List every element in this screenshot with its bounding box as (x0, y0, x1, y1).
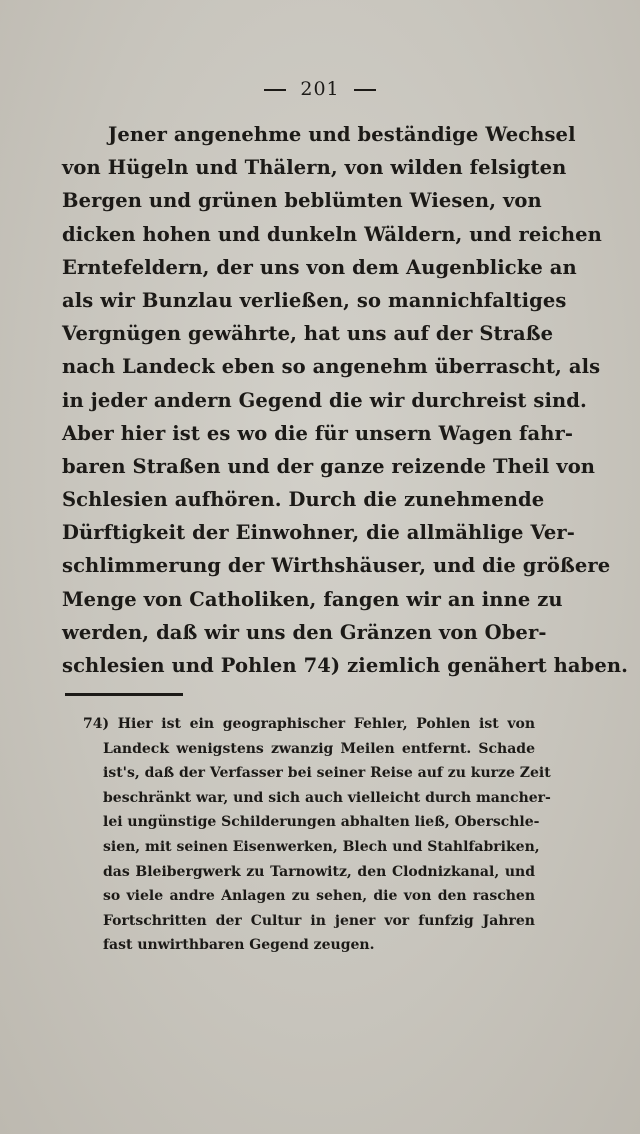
header-dash-left (264, 89, 286, 91)
footnote-line: lei ungünstige Schilderungen abhalten li… (85, 810, 535, 835)
footnote-line: Landeck wenigstens zwanzig Meilen entfer… (85, 737, 535, 762)
text-line: Aber hier ist es wo die für unsern Wagen… (62, 417, 538, 450)
text-line: dicken hohen und dunkeln Wäldern, und re… (62, 218, 538, 251)
text-line: schlimmerung der Wirthshäuser, und die g… (62, 549, 538, 582)
footnote-line: ist's, daß der Verfasser bei seiner Reis… (85, 761, 535, 786)
footnote-line: so viele andre Anlagen zu sehen, die von… (85, 884, 535, 909)
text-line: Menge von Catholiken, fangen wir an inne… (62, 583, 538, 616)
page-header: 201 (0, 78, 640, 100)
page-number: 201 (300, 78, 339, 100)
text-line: nach Landeck eben so angenehm überrascht… (62, 350, 538, 383)
footnote-line: sien, mit seinen Eisenwerken, Blech und … (85, 835, 535, 860)
header-dash-right (354, 89, 376, 91)
text-line: Erntefeldern, der uns von dem Augenblick… (62, 251, 538, 284)
footnote-separator (65, 693, 183, 696)
text-line: Vergnügen gewährte, hat uns auf der Stra… (62, 317, 538, 350)
text-line: Dürftigkeit der Einwohner, die allmählig… (62, 516, 538, 549)
footnote-line: 74) Hier ist ein geographischer Fehler, … (83, 712, 535, 737)
text-line: von Hügeln und Thälern, von wilden felsi… (62, 151, 538, 184)
text-line: als wir Bunzlau verließen, so mannichfal… (62, 284, 538, 317)
footnote-line: beschränkt war, und sich auch vielleicht… (85, 786, 535, 811)
text-line: werden, daß wir uns den Gränzen von Ober… (62, 616, 538, 649)
text-line: Bergen und grünen beblümten Wiesen, von (62, 184, 538, 217)
text-line: schlesien und Pohlen 74) ziemlich genähe… (62, 649, 538, 682)
text-line: baren Straßen und der ganze reizende The… (62, 450, 538, 483)
text-line: Schlesien aufhören. Durch die zunehmende (62, 483, 538, 516)
footnote-marker: 74) (83, 716, 109, 732)
main-text: Jener angenehme und beständige Wechsel v… (62, 118, 538, 682)
footnote-line: Fortschritten der Cultur in jener vor fu… (85, 909, 535, 934)
text-line: in jeder andern Gegend die wir durchreis… (62, 384, 538, 417)
footnote-text: Hier ist ein geographischer Fehler, Pohl… (118, 716, 535, 732)
footnote-line: fast unwirthbaren Gegend zeugen. (85, 933, 535, 958)
book-page: 201 Jener angenehme und beständige Wechs… (0, 0, 640, 1134)
text-line: Jener angenehme und beständige Wechsel (62, 118, 538, 151)
footnote: 74) Hier ist ein geographischer Fehler, … (85, 712, 535, 958)
footnote-line: das Bleibergwerk zu Tarnowitz, den Clodn… (85, 860, 535, 885)
